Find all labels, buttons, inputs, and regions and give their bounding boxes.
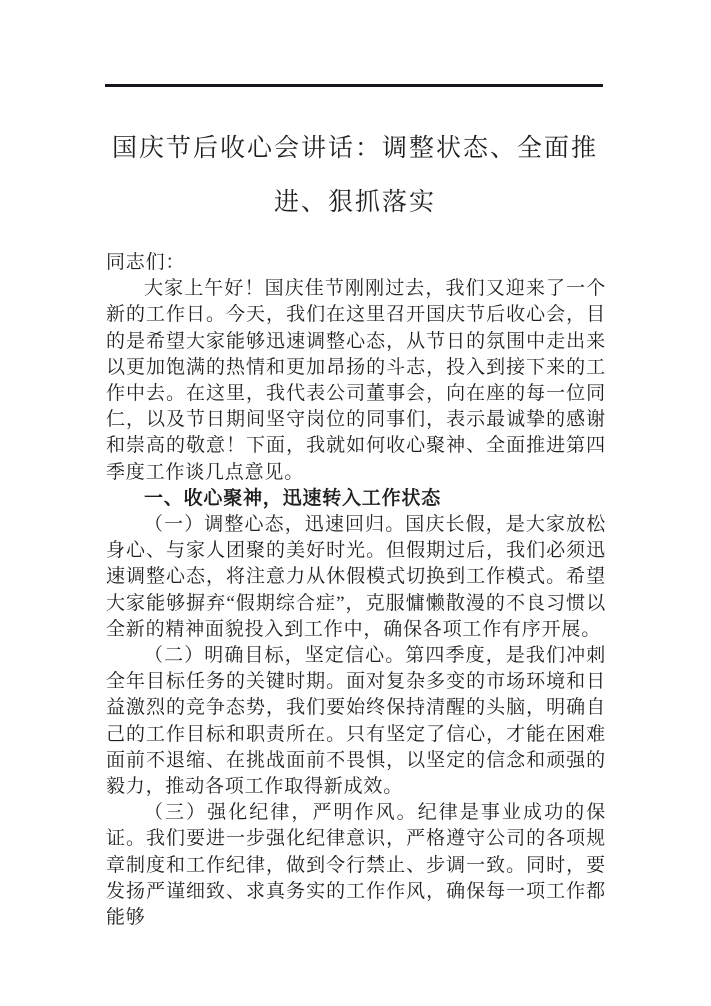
document-title: 国庆节后收心会讲话：调整状态、全面推进、狠抓落实 [105,122,605,230]
header-rule [105,84,603,87]
paragraph-point-2: （二）明确目标，坚定信心。第四季度，是我们冲刺全年目标任务的关键时期。面对复杂多… [106,643,606,800]
section-heading-1: 一、收心聚神，迅速转入工作状态 [106,486,606,512]
salutation: 同志们： [106,250,606,276]
document-body: 同志们： 大家上午好！国庆佳节刚刚过去，我们又迎来了一个新的工作日。今天，我们在… [106,250,606,931]
paragraph-point-3: （三）强化纪律，严明作风。纪律是事业成功的保证。我们要进一步强化纪律意识，严格遵… [106,800,606,931]
paragraph-opening: 大家上午好！国庆佳节刚刚过去，我们又迎来了一个新的工作日。今天，我们在这里召开国… [106,276,606,486]
paragraph-point-1: （一）调整心态，迅速回归。国庆长假，是大家放松身心、与家人团聚的美好时光。但假期… [106,512,606,643]
document-page: 国庆节后收心会讲话：调整状态、全面推进、狠抓落实 同志们： 大家上午好！国庆佳节… [0,0,711,1006]
